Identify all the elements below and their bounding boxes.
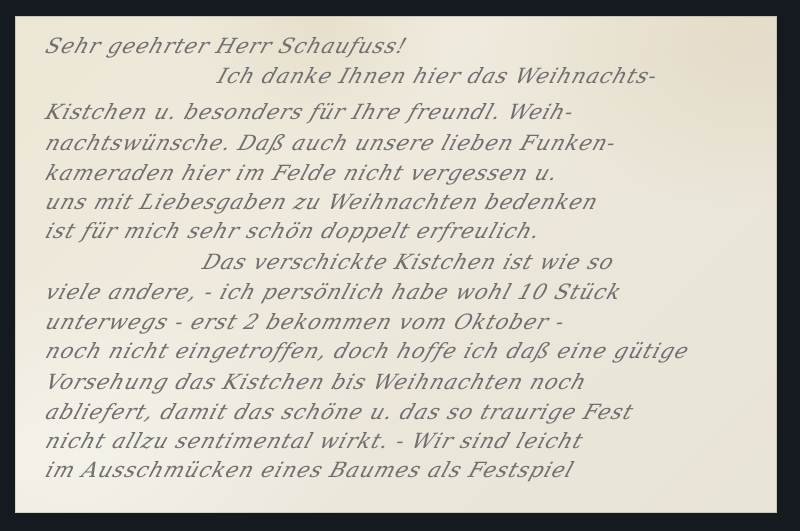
handwritten-line: ist für mich sehr schön doppelt erfreuli… [43,221,543,242]
handwritten-line: nachtswünsche. Daß auch unsere lieben Fu… [43,133,619,154]
postcard: Sehr geehrter Herr Schaufuss! Ich danke … [15,16,777,513]
handwritten-line: uns mit Liebesgaben zu Weihnachten beden… [43,192,601,213]
handwritten-line: noch nicht eingetroffen, doch hoffe ich … [43,341,692,362]
handwritten-line: viele andere, - ich persönlich habe wohl… [43,282,624,303]
handwritten-line: nicht allzu sentimental wirkt. - Wir sin… [43,431,586,452]
handwritten-line: Das verschickte Kistchen ist wie so [200,252,617,273]
handwritten-line: Vorsehung das Kistchen bis Weihnachten n… [43,372,590,393]
handwritten-line: unterwegs - erst 2 bekommen vom Oktober … [43,312,568,333]
handwritten-line: abliefert, damit das schöne u. das so tr… [43,402,636,423]
handwritten-line: kameraden hier im Felde nicht vergessen … [43,163,561,184]
handwritten-line: im Ausschmücken eines Baumes als Festspi… [43,460,577,481]
handwritten-line-salutation: Sehr geehrter Herr Schaufuss! [43,36,410,57]
handwritten-line: Ich danke Ihnen hier das Weihnachts- [215,66,660,87]
handwritten-line: Kistchen u. besonders für Ihre freundl. … [43,102,577,123]
